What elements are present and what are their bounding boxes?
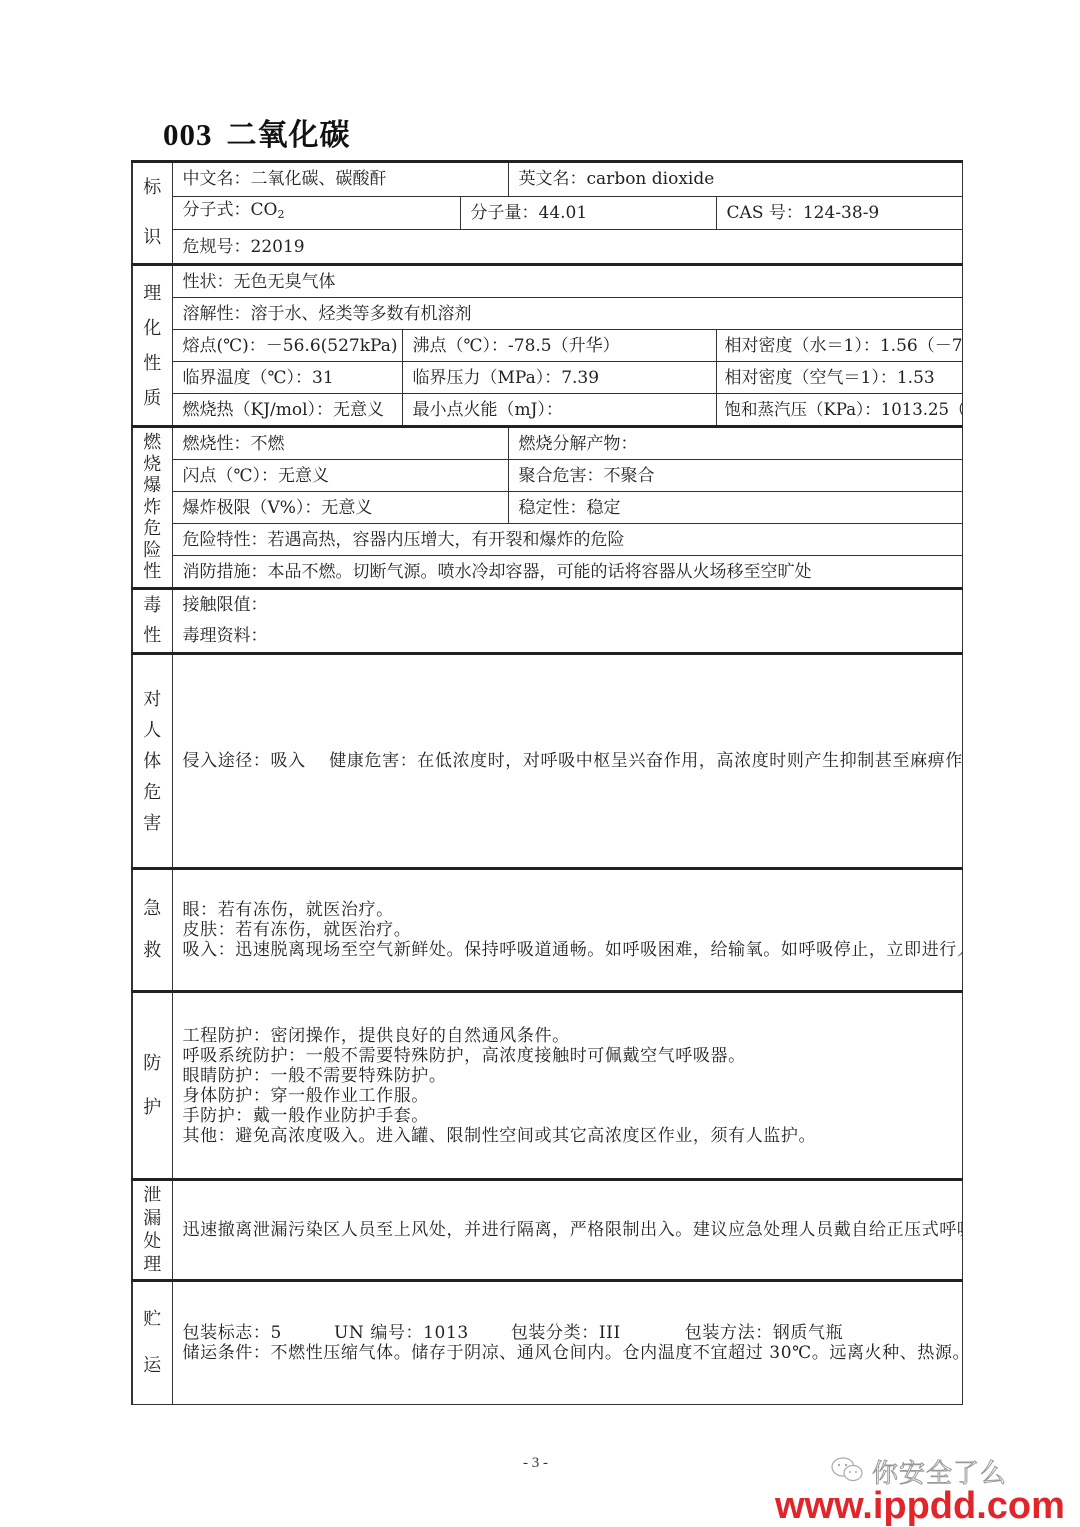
table-row: 爆炸极限（V%）：无意义 稳定性：稳定 bbox=[132, 492, 962, 524]
section-label-health-hazard: 对人体危害 bbox=[132, 654, 172, 869]
section-label-protection: 防护 bbox=[132, 992, 172, 1180]
section-label-storage: 贮运 bbox=[132, 1281, 172, 1405]
watermark-url: www.ippdd.com bbox=[775, 1485, 1065, 1527]
table-row: 危规号：22019 bbox=[132, 230, 962, 265]
section-label-identification: 标识 bbox=[132, 162, 172, 265]
table-row: 消防措施：本品不燃。切断气源。喷水冷却容器，可能的话将容器从火场移至空旷处 bbox=[132, 556, 962, 589]
section-label-toxicity: 毒性 bbox=[132, 589, 172, 654]
table-row: 急救 眼：若有冻伤，就医治疗。 皮肤：若有冻伤，就医治疗。 吸入：迅速脱离现场至… bbox=[132, 869, 962, 992]
min-ignition-energy: 最小点火能（mJ）： bbox=[402, 394, 716, 427]
solubility: 溶解性：溶于水、烃类等多数有机溶剂 bbox=[172, 298, 962, 330]
english-name: 英文名：carbon dioxide bbox=[508, 162, 962, 197]
section-label-first-aid: 急救 bbox=[132, 869, 172, 992]
molecular-weight: 分子量：44.01 bbox=[460, 196, 716, 230]
boiling-point: 沸点（℃）：-78.5（升华） bbox=[402, 330, 716, 362]
leak-handling-text: 迅速撤离泄漏污染区人员至上风处，并进行隔离，严格限制出入。建议应急处理人员戴自给… bbox=[172, 1180, 962, 1281]
page-title: 003二氧化碳 bbox=[163, 110, 351, 154]
toxicity-info: 接触限值： 毒理资料： bbox=[172, 589, 962, 654]
appearance: 性状：无色无臭气体 bbox=[172, 265, 962, 298]
relative-density-water: 相对密度（水＝1）：1.56（－79℃） bbox=[716, 330, 962, 362]
package-method: 包装方法：钢质气瓶 bbox=[685, 1323, 843, 1343]
cas-number: CAS 号：124-38-9 bbox=[716, 196, 962, 230]
section-label-physical: 理化性质 bbox=[132, 265, 172, 427]
combustion-heat: 燃烧热（KJ/mol）：无意义 bbox=[172, 394, 402, 427]
critical-pressure: 临界压力（MPa）：7.39 bbox=[402, 362, 716, 394]
protection-respiratory: 呼吸系统防护：一般不需要特殊防护，高浓度接触时可佩戴空气呼吸器。 bbox=[183, 1046, 950, 1066]
chemical-number: 003 bbox=[163, 117, 213, 152]
page-number: - 3 - bbox=[523, 1455, 548, 1472]
first-aid-eyes: 眼：若有冻伤，就医治疗。 bbox=[183, 900, 950, 920]
table-row: 临界温度（℃）：31 临界压力（MPa）：7.39 相对密度（空气＝1）：1.5… bbox=[132, 362, 962, 394]
relative-density-air: 相对密度（空气＝1）：1.53 bbox=[716, 362, 962, 394]
decomposition-products: 燃烧分解产物： bbox=[508, 427, 962, 460]
hazard-characteristics: 危险特性：若遇高热，容器内压增大，有开裂和爆炸的危险 bbox=[172, 524, 962, 556]
section-label-leak-handling: 泄漏处理 bbox=[132, 1180, 172, 1281]
toxicology: 毒理资料： bbox=[183, 621, 962, 652]
un-number: UN 编号：1013 bbox=[334, 1323, 469, 1343]
table-row: 理化性质 性状：无色无臭气体 bbox=[132, 265, 962, 298]
polymerization-hazard: 聚合危害：不聚合 bbox=[508, 460, 962, 492]
protection-text: 工程防护：密闭操作，提供良好的自然通风条件。 呼吸系统防护：一般不需要特殊防护，… bbox=[172, 992, 962, 1180]
hazard-number: 危规号：22019 bbox=[172, 230, 962, 265]
protection-hands: 手防护：戴一般作业防护手套。 bbox=[183, 1106, 950, 1126]
protection-eyes: 眼睛防护：一般不需要特殊防护。 bbox=[183, 1066, 950, 1086]
table-row: 毒性 接触限值： 毒理资料： bbox=[132, 589, 962, 654]
stability: 稳定性：稳定 bbox=[508, 492, 962, 524]
health-hazard-text: 侵入途径：吸入 健康危害：在低浓度时，对呼吸中枢呈兴奋作用，高浓度时则产生抑制甚… bbox=[172, 654, 962, 869]
firefighting-measures: 消防措施：本品不燃。切断气源。喷水冷却容器，可能的话将容器从火场移至空旷处 bbox=[172, 556, 962, 589]
protection-body: 身体防护：穿一般作业工作服。 bbox=[183, 1086, 950, 1106]
flash-point: 闪点（℃）：无意义 bbox=[172, 460, 508, 492]
section-label-fire-explosion: 燃烧爆炸危险性 bbox=[132, 427, 172, 589]
table-row: 标识 中文名：二氧化碳、碳酸酐 英文名：carbon dioxide bbox=[132, 162, 962, 197]
table-row: 泄漏处理 迅速撤离泄漏污染区人员至上风处，并进行隔离，严格限制出入。建议应急处理… bbox=[132, 1180, 962, 1281]
chinese-name: 中文名：二氧化碳、碳酸酐 bbox=[172, 162, 508, 197]
wechat-icon bbox=[830, 1456, 866, 1484]
table-row: 熔点(℃)：－56.6(527kPa) 沸点（℃）：-78.5（升华） 相对密度… bbox=[132, 330, 962, 362]
first-aid-inhalation: 吸入：迅速脱离现场至空气新鲜处。保持呼吸道通畅。如呼吸困难，给输氧。如呼吸停止，… bbox=[183, 940, 950, 960]
table-row: 对人体危害 侵入途径：吸入 健康危害：在低浓度时，对呼吸中枢呈兴奋作用，高浓度时… bbox=[132, 654, 962, 869]
table-row: 燃烧热（KJ/mol）：无意义 最小点火能（mJ）： 饱和蒸汽压（KPa）：10… bbox=[132, 394, 962, 427]
first-aid-skin: 皮肤：若有冻伤，就医治疗。 bbox=[183, 920, 950, 940]
molecular-formula: 分子式：CO2 bbox=[172, 196, 460, 230]
package-info-line: 包装标志：5 UN 编号：1013 包装分类：III 包装方法：钢质气瓶 bbox=[183, 1323, 950, 1343]
table-row: 防护 工程防护：密闭操作，提供良好的自然通风条件。 呼吸系统防护：一般不需要特殊… bbox=[132, 992, 962, 1180]
package-class: 包装分类：III bbox=[511, 1323, 621, 1343]
package-mark: 包装标志：5 bbox=[183, 1323, 282, 1343]
melting-point: 熔点(℃)：－56.6(527kPa) bbox=[172, 330, 402, 362]
table-row: 危险特性：若遇高热，容器内压增大，有开裂和爆炸的危险 bbox=[132, 524, 962, 556]
table-row: 分子式：CO2 分子量：44.01 CAS 号：124-38-9 bbox=[132, 196, 962, 230]
table-row: 贮运 包装标志：5 UN 编号：1013 包装分类：III 包装方法：钢质气瓶 … bbox=[132, 1281, 962, 1405]
explosion-limit: 爆炸极限（V%）：无意义 bbox=[172, 492, 508, 524]
protection-engineering: 工程防护：密闭操作，提供良好的自然通风条件。 bbox=[183, 1026, 950, 1046]
critical-temperature: 临界温度（℃）：31 bbox=[172, 362, 402, 394]
exposure-limit: 接触限值： bbox=[183, 590, 962, 621]
storage-text: 包装标志：5 UN 编号：1013 包装分类：III 包装方法：钢质气瓶 储运条… bbox=[172, 1281, 962, 1405]
table-row: 闪点（℃）：无意义 聚合危害：不聚合 bbox=[132, 460, 962, 492]
protection-other: 其他：避免高浓度吸入。进入罐、限制性空间或其它高浓度区作业，须有人监护。 bbox=[183, 1126, 950, 1146]
msds-table: 标识 中文名：二氧化碳、碳酸酐 英文名：carbon dioxide 分子式：C… bbox=[131, 160, 963, 1405]
table-row: 燃烧爆炸危险性 燃烧性：不燃 燃烧分解产物： bbox=[132, 427, 962, 460]
chemical-name: 二氧化碳 bbox=[227, 118, 351, 153]
first-aid-text: 眼：若有冻伤，就医治疗。 皮肤：若有冻伤，就医治疗。 吸入：迅速脱离现场至空气新… bbox=[172, 869, 962, 992]
storage-conditions: 储运条件：不燃性压缩气体。储存于阴凉、通风仓间内。仓内温度不宜超过 30℃。远离… bbox=[183, 1343, 950, 1363]
table-row: 溶解性：溶于水、烃类等多数有机溶剂 bbox=[132, 298, 962, 330]
flammability: 燃烧性：不燃 bbox=[172, 427, 508, 460]
saturated-vapor-pressure: 饱和蒸汽压（KPa）：1013.25（－39℃） bbox=[716, 394, 962, 427]
